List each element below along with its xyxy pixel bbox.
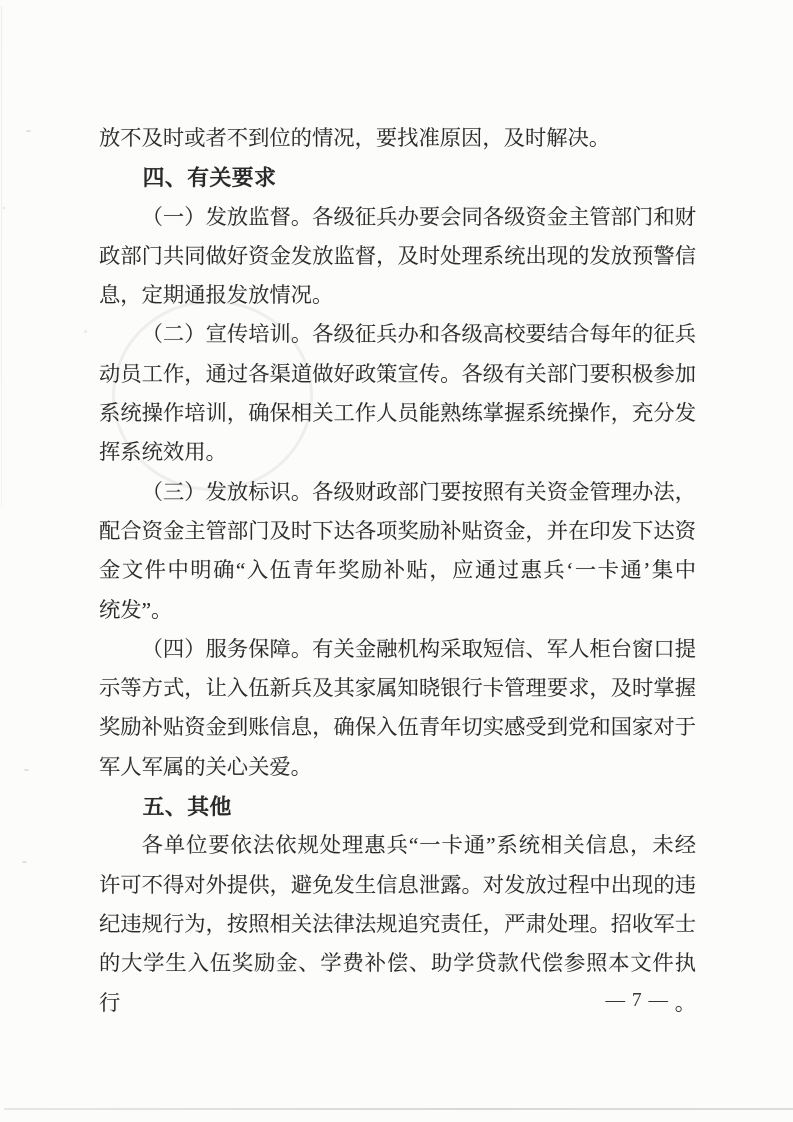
section-heading: 五、其他 — [99, 787, 696, 826]
text-line: （四）服务保障。有关金融机构采取短信、军人柜台窗口提 — [99, 630, 696, 669]
text-line: 政部门共同做好资金发放监督，及时处理系统出现的发放预警信 — [99, 237, 696, 276]
scan-speck — [24, 769, 29, 771]
text-line: 挥系统效用。 — [99, 433, 696, 472]
scan-speck — [22, 861, 27, 863]
page-number: — 7 — — [606, 988, 670, 1014]
scanned-document-page: 放不及时或者不到位的情况，要找准原因，及时解决。四、有关要求（一）发放监督。各级… — [0, 0, 793, 1122]
scan-speck — [26, 130, 31, 132]
text-line: 配合资金主管部门及时下达各项奖励补贴资金，并在印发下达资 — [99, 512, 696, 551]
scan-speck — [3, 207, 5, 209]
text-line: 动员工作，通过各渠道做好政策宣传。各级有关部门要积极参加 — [99, 355, 696, 394]
section-heading: 四、有关要求 — [99, 158, 696, 197]
text-line: 统发”。 — [99, 591, 696, 630]
text-line: 金文件中明确“入伍青年奖励补贴，应通过惠兵‘一卡通’集中 — [99, 551, 696, 590]
paper-edge-shadow — [4, 1108, 793, 1110]
text-line: 息，定期通报发放情况。 — [99, 276, 696, 315]
text-line: 放不及时或者不到位的情况，要找准原因，及时解决。 — [99, 119, 696, 158]
text-block: 放不及时或者不到位的情况，要找准原因，及时解决。四、有关要求（一）发放监督。各级… — [99, 119, 696, 984]
text-line: 奖励补贴资金到账信息，确保入伍青年切实感受到党和国家对于 — [99, 708, 696, 747]
text-line: 纪违规行为，按照相关法律法规追究责任，严肃处理。招收军士 — [99, 905, 696, 944]
text-line: 的大学生入伍奖励金、学费补偿、助学贷款代偿参照本文件执行。 — [99, 944, 696, 983]
text-line: 军人军属的关心关爱。 — [99, 748, 696, 787]
text-line: （二）宣传培训。各级征兵办和各级高校要结合每年的征兵 — [99, 315, 696, 354]
text-line: （三）发放标识。各级财政部门要按照有关资金管理办法， — [99, 473, 696, 512]
text-line: （一）发放监督。各级征兵办要会同各级资金主管部门和财 — [99, 198, 696, 237]
text-line: 系统操作培训，确保相关工作人员能熟练掌握系统操作，充分发 — [99, 394, 696, 433]
text-line: 示等方式，让入伍新兵及其家属知晓银行卡管理要求，及时掌握 — [99, 669, 696, 708]
scan-edge-artifact — [1, 6, 2, 506]
text-line: 各单位要依法依规处理惠兵“一卡通”系统相关信息，未经 — [99, 826, 696, 865]
text-line: 许可不得对外提供，避免发生信息泄露。对发放过程中出现的违 — [99, 866, 696, 905]
scan-speck — [84, 330, 87, 333]
